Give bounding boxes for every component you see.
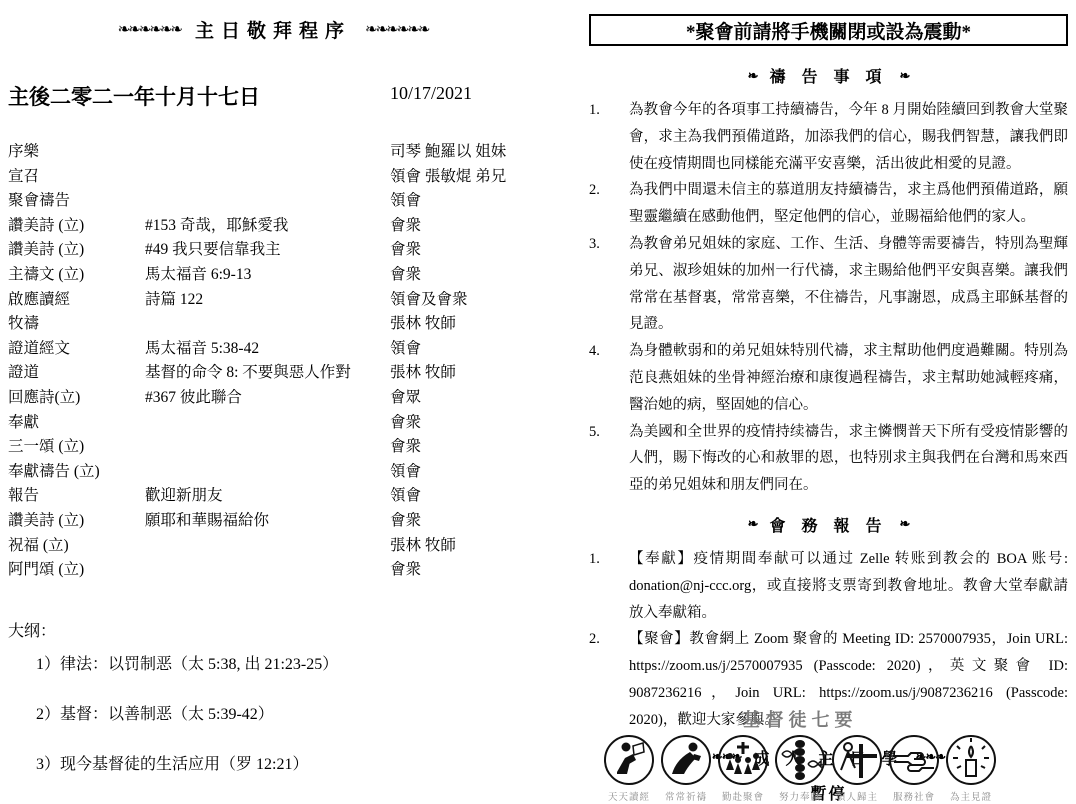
program-item-detail: #367 彼此聯合 — [145, 385, 242, 407]
prayer-number: 4. — [589, 338, 629, 418]
program-row: 報告歡迎新朋友領會 — [8, 483, 538, 508]
seven-essential-cell: 領人歸主 — [831, 734, 883, 803]
seven-essential-label: 領人歸主 — [836, 789, 878, 803]
prayer-items-list: 1.為教會今年的各項事工持續禱告，今年 8 月開始陸續回到教會大堂聚會，求主為我… — [589, 97, 1068, 499]
program-item-person: 會衆 — [390, 237, 421, 259]
ornament-left: ❧❧❧❧❧❧ — [118, 20, 181, 39]
program-item-label: 序樂 — [8, 139, 39, 161]
congregation-cross-icon — [717, 734, 769, 786]
program-item-label: 證道經文 — [8, 336, 70, 358]
program-item-person: 會衆 — [390, 434, 421, 456]
program-item-label: 三一頌 (立) — [8, 434, 84, 456]
program-item-detail: 基督的命令 8: 不要與惡人作對 — [145, 360, 351, 382]
worship-program-column: ❧❧❧❧❧❧ 主日敬拜程序 ❧❧❧❧❧❧ 主後二零二一年十月十七日 10/17/… — [8, 10, 538, 582]
program-item-label: 宣召 — [8, 164, 39, 186]
program-item-label: 報告 — [8, 483, 39, 505]
announcement-text: 【奉獻】疫情期間奉献可以通过 Zelle 转账到教会的 BOA 账号: dona… — [629, 546, 1068, 626]
phone-notice-box: *聚會前請將手機關閉或設為震動* — [589, 14, 1068, 46]
ornament-icon: ❧ — [748, 516, 758, 532]
announcements-column: *聚會前請將手機關閉或設為震動* ❧ 禱 告 事 項 ❧ 1.為教會今年的各項事… — [589, 14, 1068, 804]
date-chinese: 主後二零二一年十月十七日 — [8, 81, 260, 111]
seven-essential-cell: 為主見證 — [945, 734, 997, 803]
program-item-label: 證道 — [8, 360, 39, 382]
program-item-label: 祝福 (立) — [8, 533, 69, 555]
program-item-label: 讚美詩 (立) — [8, 237, 84, 259]
prayer-number: 5. — [589, 419, 629, 499]
program-item-person: 領會 — [390, 336, 421, 358]
program-row: 證道經文馬太福音 5:38-42領會 — [8, 336, 538, 361]
program-row: 祝福 (立)張林 牧師 — [8, 533, 538, 558]
prayer-section-heading: ❧ 禱 告 事 項 ❧ — [589, 64, 1068, 87]
prayer-item: 1.為教會今年的各項事工持續禱告，今年 8 月開始陸續回到教會大堂聚會，求主為我… — [589, 97, 1068, 177]
outline-item: 2）基督：以善制恶（太 5:39-42） — [36, 701, 528, 724]
offering-coins-fish-icon — [774, 734, 826, 786]
prayer-text: 為教會今年的各項事工持續禱告，今年 8 月開始陸續回到教會大堂聚會，求主為我們預… — [629, 97, 1068, 177]
program-row: 牧禱張林 牧師 — [8, 311, 538, 336]
program-row: 證道基督的命令 8: 不要與惡人作對張林 牧師 — [8, 360, 538, 385]
program-item-person: 會衆 — [390, 508, 421, 530]
seven-essentials-title: 基督徒七要 — [600, 706, 1000, 732]
program-item-detail: #49 我只要信靠我主 — [145, 237, 281, 259]
program-item-detail: 詩篇 122 — [145, 287, 203, 309]
program-row: 奉獻會衆 — [8, 410, 538, 435]
date-row: 主後二零二一年十月十七日 10/17/2021 — [8, 81, 538, 109]
prayer-heading-text: 禱 告 事 項 — [769, 64, 887, 87]
bulletin-page: ❧❧❧❧❧❧ 主日敬拜程序 ❧❧❧❧❧❧ 主後二零二一年十月十七日 10/17/… — [0, 0, 1076, 804]
program-item-person: 張林 牧師 — [390, 311, 456, 333]
program-item-label: 阿門頌 (立) — [8, 557, 84, 579]
program-item-label: 奉獻禱告 (立) — [8, 459, 100, 481]
program-item-detail: 願耶和華賜福給你 — [145, 508, 269, 530]
program-item-person: 會衆 — [390, 262, 421, 284]
program-item-person: 領會 — [390, 459, 421, 481]
seven-essential-label: 努力奉獻 — [779, 789, 821, 803]
serving-hands-icon — [888, 734, 940, 786]
announcement-item: 1.【奉獻】疫情期間奉献可以通过 Zelle 转账到教会的 BOA 账号: do… — [589, 546, 1068, 626]
prayer-number: 1. — [589, 97, 629, 177]
prayer-item: 4.為身體軟弱和的弟兄姐妹特別代禱，求主幫助他們度過難關。特別為范良燕姐妹的坐骨… — [589, 338, 1068, 418]
program-item-detail: 歡迎新朋友 — [145, 483, 223, 505]
seven-essentials: 基督徒七要 天天讀經常常祈禱勤赴聚會努力奉獻領人歸主服務社會為主見證 — [600, 706, 1000, 803]
seven-essential-label: 服務社會 — [893, 789, 935, 803]
program-item-person: 張林 牧師 — [390, 360, 456, 382]
main-title-row: ❧❧❧❧❧❧ 主日敬拜程序 ❧❧❧❧❧❧ — [8, 16, 538, 43]
program-item-person: 會衆 — [390, 213, 421, 235]
program-row: 宣召領會 張敏焜 弟兄 — [8, 164, 538, 189]
seven-essential-label: 常常祈禱 — [665, 789, 707, 803]
business-section-heading: ❧ 會 務 報 告 ❧ — [589, 513, 1068, 536]
outline-item: 3）现今基督徒的生活应用（罗 12:21） — [36, 751, 528, 774]
program-item-person: 會衆 — [390, 410, 421, 432]
ornament-right: ❧❧❧❧❧❧ — [365, 20, 428, 39]
program-item-person: 會衆 — [390, 557, 421, 579]
program-row: 回應詩(立)#367 彼此聯合會眾 — [8, 385, 538, 410]
program-item-label: 讚美詩 (立) — [8, 213, 84, 235]
outline-title: 大纲： — [8, 618, 528, 641]
sermon-outline: 大纲： 1）律法：以罚制恶（太 5:38, 出 21:23-25）2）基督：以善… — [8, 618, 528, 801]
program-item-detail: 馬太福音 5:38-42 — [145, 336, 259, 358]
program-row: 三一頌 (立)會衆 — [8, 434, 538, 459]
program-item-label: 讚美詩 (立) — [8, 508, 84, 530]
reading-bible-icon — [603, 734, 655, 786]
outline-item: 1）律法：以罚制恶（太 5:38, 出 21:23-25） — [36, 651, 528, 674]
program-item-label: 回應詩(立) — [8, 385, 80, 407]
announcement-number: 1. — [589, 546, 629, 626]
ornament-icon: ❧ — [900, 516, 910, 532]
prayer-number: 2. — [589, 177, 629, 231]
program-row: 主禱文 (立)馬太福音 6:9-13會衆 — [8, 262, 538, 287]
seven-essential-cell: 努力奉獻 — [774, 734, 826, 803]
program-item-person: 領會 — [390, 483, 421, 505]
date-numeric: 10/17/2021 — [390, 83, 472, 104]
ornament-icon: ❧ — [748, 68, 758, 84]
seven-essential-cell: 常常祈禱 — [660, 734, 712, 803]
seven-essential-cell: 天天讀經 — [603, 734, 655, 803]
prayer-item: 3.為教會弟兄姐妹的家庭、工作、生活、身體等需要禱告，特別為聖輝弟兄、淑珍姐妹的… — [589, 231, 1068, 338]
prayer-number: 3. — [589, 231, 629, 338]
program-item-label: 牧禱 — [8, 311, 39, 333]
prayer-item: 2.為我們中間還未信主的慕道朋友持續禱告，求主爲他們預備道路，願聖靈繼續在感動他… — [589, 177, 1068, 231]
business-heading-text: 會 務 報 告 — [769, 513, 887, 536]
prayer-item: 5.為美國和全世界的疫情持续禱告，求主憐憫普天下所有受疫情影響的人們，賜下悔改的… — [589, 419, 1068, 499]
prayer-text: 為教會弟兄姐妹的家庭、工作、生活、身體等需要禱告，特別為聖輝弟兄、淑珍姐妹的加州… — [629, 231, 1068, 338]
prayer-text: 為美國和全世界的疫情持续禱告，求主憐憫普天下所有受疫情影響的人們，賜下悔改的心和… — [629, 419, 1068, 499]
program-item-person: 張林 牧師 — [390, 533, 456, 555]
program-list: 序樂司琴 鮑羅以 姐妹宣召領會 張敏焜 弟兄聚會禱告領會讚美詩 (立)#153 … — [8, 139, 538, 582]
praying-icon — [660, 734, 712, 786]
program-row: 讚美詩 (立)願耶和華賜福給你會衆 — [8, 508, 538, 533]
program-item-person: 領會 張敏焜 弟兄 — [390, 164, 506, 186]
program-item-person: 領會及會衆 — [390, 287, 468, 309]
seven-essential-cell: 服務社會 — [888, 734, 940, 803]
prayer-text: 為我們中間還未信主的慕道朋友持續禱告，求主爲他們預備道路，願聖靈繼續在感動他們，… — [629, 177, 1068, 231]
program-item-label: 奉獻 — [8, 410, 39, 432]
lead-to-lord-icon — [831, 734, 883, 786]
page-title: 主日敬拜程序 — [195, 16, 351, 43]
program-item-person: 司琴 鮑羅以 姐妹 — [390, 139, 506, 161]
program-item-person: 領會 — [390, 188, 421, 210]
program-item-detail: 馬太福音 6:9-13 — [145, 262, 251, 284]
program-item-person: 會眾 — [390, 385, 421, 407]
seven-essential-cell: 勤赴聚會 — [717, 734, 769, 803]
phone-notice-text: *聚會前請將手機關閉或設為震動* — [686, 17, 971, 44]
program-item-label: 聚會禱告 — [8, 188, 70, 210]
seven-essential-label: 為主見證 — [950, 789, 992, 803]
program-item-detail: #153 奇哉，耶穌愛我 — [145, 213, 288, 235]
program-row: 阿門頌 (立)會衆 — [8, 557, 538, 582]
program-item-label: 啟應讀經 — [8, 287, 70, 309]
seven-essentials-icons-row: 天天讀經常常祈禱勤赴聚會努力奉獻領人歸主服務社會為主見證 — [600, 734, 1000, 803]
program-row: 聚會禱告領會 — [8, 188, 538, 213]
program-row: 讚美詩 (立)#153 奇哉，耶穌愛我會衆 — [8, 213, 538, 238]
program-row: 奉獻禱告 (立)領會 — [8, 459, 538, 484]
candle-witness-icon — [945, 734, 997, 786]
seven-essential-label: 勤赴聚會 — [722, 789, 764, 803]
program-row: 啟應讀經詩篇 122領會及會衆 — [8, 287, 538, 312]
program-row: 序樂司琴 鮑羅以 姐妹 — [8, 139, 538, 164]
program-row: 讚美詩 (立)#49 我只要信靠我主會衆 — [8, 237, 538, 262]
seven-essential-label: 天天讀經 — [608, 789, 650, 803]
program-item-label: 主禱文 (立) — [8, 262, 84, 284]
ornament-icon: ❧ — [900, 68, 910, 84]
prayer-text: 為身體軟弱和的弟兄姐妹特別代禱，求主幫助他們度過難關。特別為范良燕姐妹的坐骨神經… — [629, 338, 1068, 418]
